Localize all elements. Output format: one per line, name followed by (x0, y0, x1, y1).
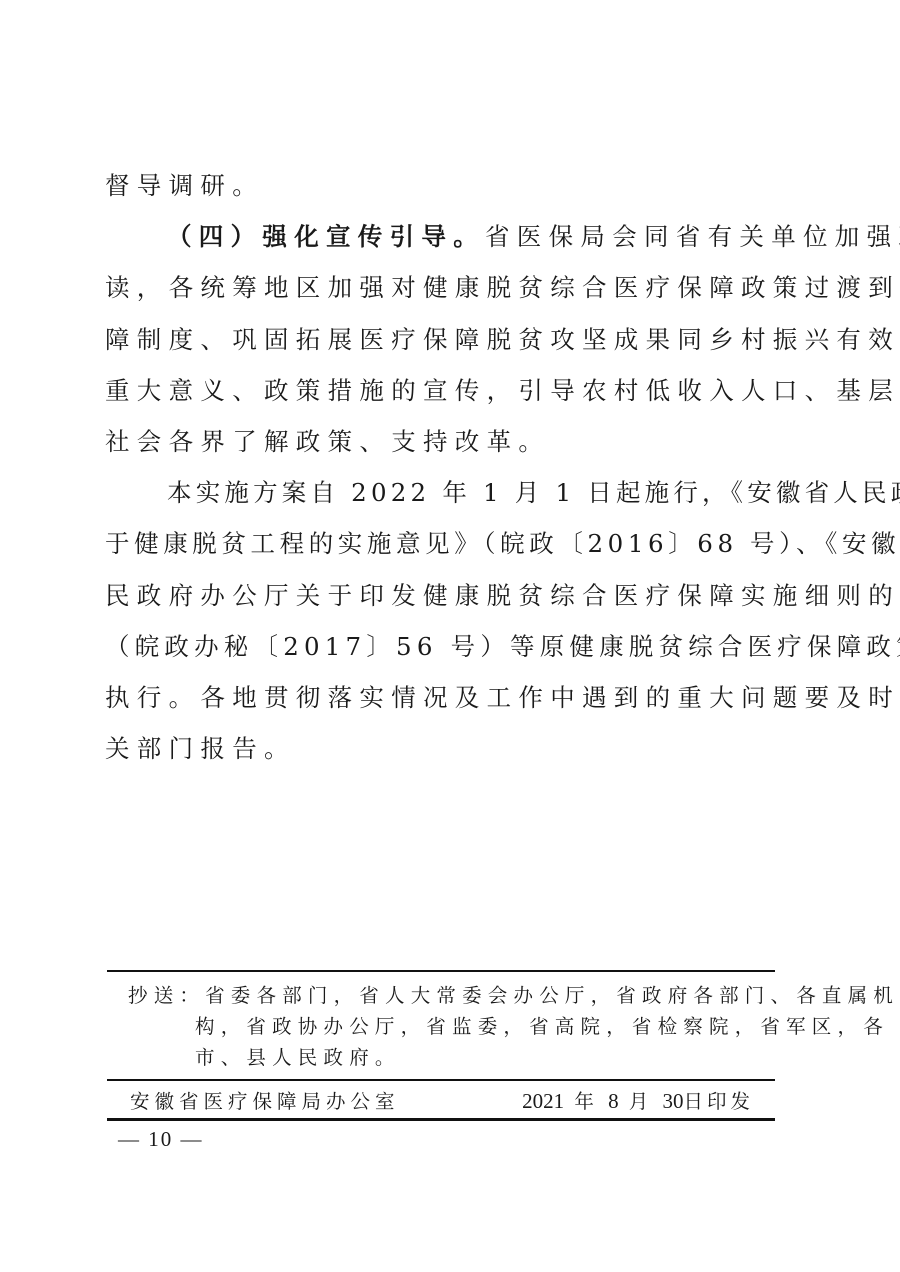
paragraph-2-line-2: 读，各统筹地区加强对健康脱贫综合医疗保障政策过渡到三重保 (105, 262, 785, 313)
cc-recipients-1: 省委各部门，省人大常委会办公厅，省政府各部门、各直属机 (205, 984, 899, 1007)
issue-day-unit: 日印发 (683, 1090, 754, 1113)
paragraph-1-line-1: 督导调研。 (105, 160, 785, 211)
page-number: — 10 — (118, 1127, 204, 1152)
issue-date: 2021 年 8 月 30日印发 (522, 1086, 754, 1114)
footer-rule-middle (107, 1079, 775, 1081)
paragraph-2-line-4: 重大意义、政策措施的宣传，引导农村低收入人口、基层组织、 (105, 365, 785, 416)
cc-line-1: 抄送：省委各部门，省人大常委会办公厅，省政府各部门、各直属机 (128, 980, 778, 1011)
body-text: 督导调研。 （四）强化宣传引导。省医保局会同省有关单位加强政策解 读，各统筹地区… (105, 160, 785, 774)
paragraph-3-line-6: 关部门报告。 (105, 723, 785, 774)
issuer: 安徽省医疗保障局办公室 (130, 1086, 400, 1114)
cc-line-2: 构，省政协办公厅，省监委，省高院，省检察院，省军区，各 (128, 1011, 778, 1042)
paragraph-3-line-3: 民政府办公厅关于印发健康脱贫综合医疗保障实施细则的通知》 (105, 570, 785, 621)
paragraph-3-line-2: 于健康脱贫工程的实施意见》（皖政〔2016〕68 号）、《安徽省人 (105, 518, 785, 569)
document-page: 督导调研。 （四）强化宣传引导。省医保局会同省有关单位加强政策解 读，各统筹地区… (0, 0, 900, 1272)
paragraph-3-line-1: 本实施方案自 2022 年 1 月 1 日起施行，《安徽省人民政府关 (105, 467, 785, 518)
paragraph-2-line-1: （四）强化宣传引导。省医保局会同省有关单位加强政策解 (105, 211, 785, 262)
paragraph-3-line-5: 执行。各地贯彻落实情况及工作中遇到的重大问题要及时向省有 (105, 672, 785, 723)
issue-day: 30 (662, 1089, 683, 1113)
section-heading: （四）强化宣传引导。 (167, 222, 485, 251)
paragraph-2-text: 省医保局会同省有关单位加强政策解 (485, 222, 900, 251)
issue-month: 8 (608, 1089, 619, 1113)
issue-year: 2021 (522, 1089, 564, 1113)
cc-block: 抄送：省委各部门，省人大常委会办公厅，省政府各部门、各直属机 构，省政协办公厅，… (128, 980, 778, 1073)
issue-month-unit: 月 (629, 1090, 653, 1113)
footer-rule-top (107, 970, 775, 972)
paragraph-2-line-3: 障制度、巩固拓展医疗保障脱贫攻坚成果同乡村振兴有效衔接等 (105, 314, 785, 365)
paragraph-2-line-5: 社会各界了解政策、支持改革。 (105, 416, 785, 467)
footer-rule-bottom (107, 1118, 775, 1121)
paragraph-3-line-4: （皖政办秘〔2017〕56 号）等原健康脱贫综合医疗保障政策不再 (105, 621, 785, 672)
issue-year-unit: 年 (574, 1090, 598, 1113)
cc-line-3: 市、县人民政府。 (128, 1042, 778, 1073)
cc-label: 抄送： (128, 984, 205, 1007)
